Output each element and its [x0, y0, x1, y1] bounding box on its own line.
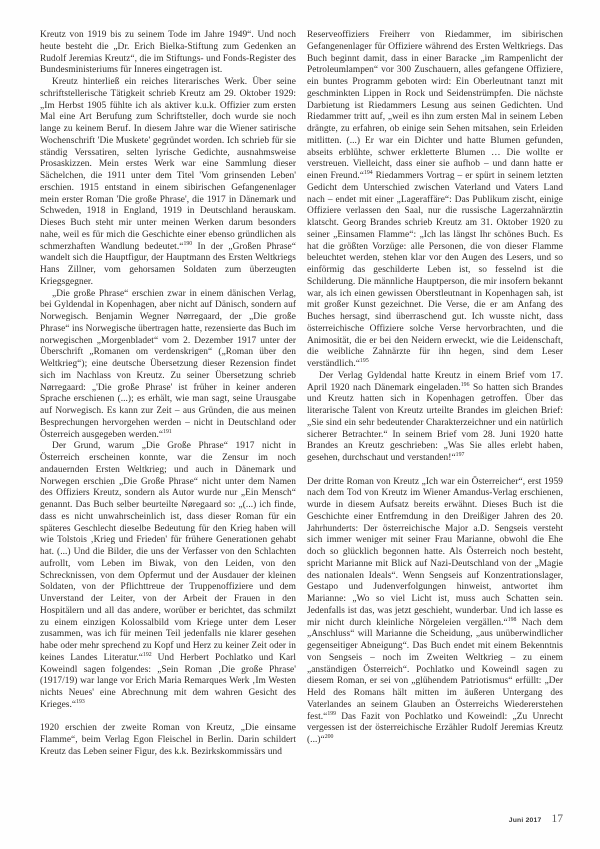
column-left: Kreutz von 1919 bis zu seinem Tode im Ja… — [40, 30, 296, 759]
paragraph: 1920 erschien der zweite Roman von Kreut… — [40, 723, 296, 758]
footnote-ref: 197 — [456, 452, 465, 458]
issue-label: Juni 2017 — [509, 817, 542, 824]
footnote-ref: 196 — [461, 381, 470, 387]
paragraph: „Die große Phrase“ erschien zwar in eine… — [40, 289, 296, 442]
footnote-ref: 194 — [364, 170, 373, 176]
paragraph: Kreutz hinterließ ein reiches literarisc… — [40, 77, 296, 289]
paragraph: Der dritte Roman von Kreutz „Ich war ein… — [307, 477, 563, 747]
footnote-ref: 195 — [360, 358, 369, 364]
footnote-ref: 191 — [163, 428, 172, 434]
page-number: 17 — [552, 813, 564, 825]
footnote-ref: 192 — [143, 652, 152, 658]
footnote-ref: 193 — [76, 699, 85, 705]
page-footer: Juni 2017 17 — [509, 813, 563, 825]
footnote-ref: 199 — [327, 710, 336, 716]
document-page: Kreutz von 1919 bis zu seinem Tode im Ja… — [0, 0, 600, 849]
footnote-ref: 200 — [325, 734, 334, 740]
paragraph: Kreutz von 1919 bis zu seinem Tode im Ja… — [40, 30, 296, 77]
paragraph: Reserveoffiziers Freiherr von Riedammer,… — [307, 30, 563, 371]
paragraph: Der Verlag Gyldendal hatte Kreutz in ein… — [307, 371, 563, 465]
footnote-ref: 198 — [508, 616, 517, 622]
footnote-ref: 190 — [183, 240, 192, 246]
text-columns: Kreutz von 1919 bis zu seinem Tode im Ja… — [40, 30, 563, 759]
paragraph: Der Grund, warum „Die Große Phrase“ 1917… — [40, 441, 296, 711]
column-right: Reserveoffiziers Freiherr von Riedammer,… — [307, 30, 563, 759]
